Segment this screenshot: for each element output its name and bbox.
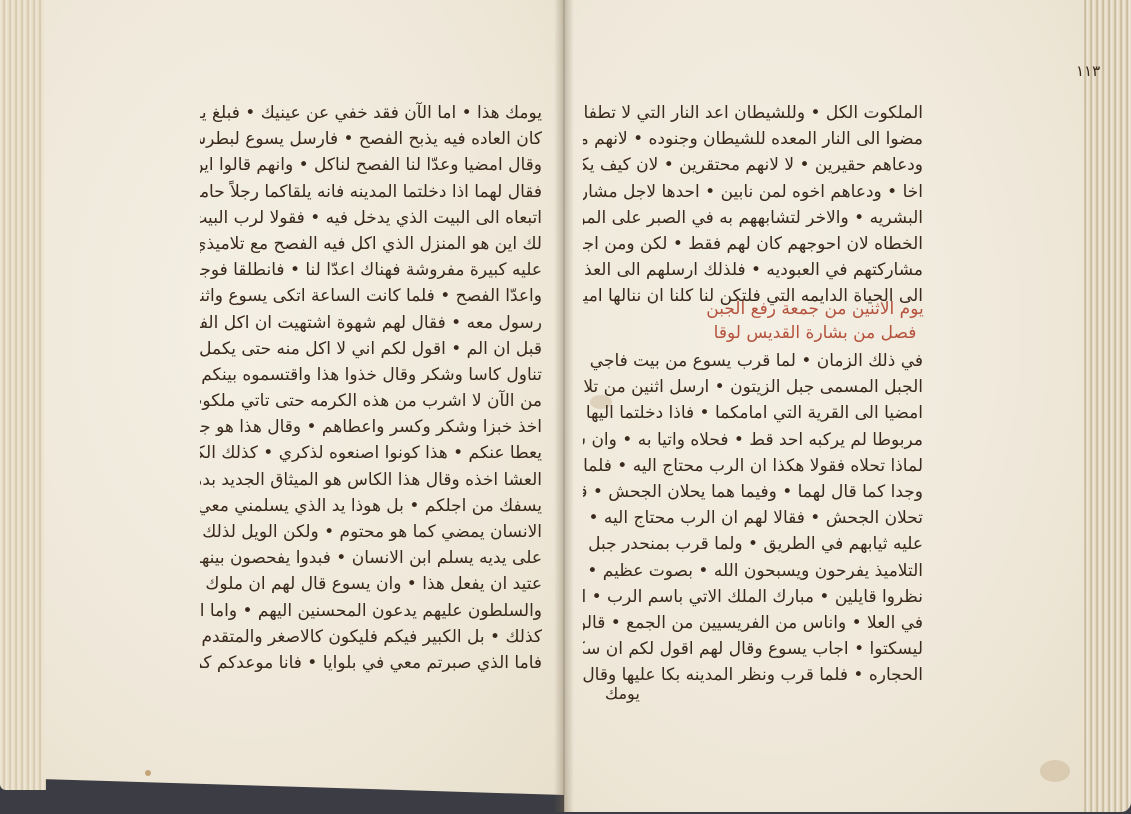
rubric-line-1: يوم الاثنين من جمعة رفع الجبن xyxy=(700,297,930,321)
manuscript-line: اخذ خبزا وشكر وكسر واعطاهم • وقال هذا هو… xyxy=(200,414,542,440)
right-page-text-top: الملكوت الكل • وللشيطان اعد النار التي ل… xyxy=(583,100,923,310)
folio-number: ١١٣ xyxy=(1076,62,1100,80)
manuscript-line: الجبل المسمى جبل الزيتون • ارسل اثنين من… xyxy=(583,374,923,400)
manuscript-line: الملكوت الكل • وللشيطان اعد النار التي ل… xyxy=(583,100,923,126)
manuscript-line: ودعاهم حقيرين • لا لانهم محتقرين • لان ك… xyxy=(583,152,923,178)
manuscript-line: اتبعاه الى البيت الذي يدخل فيه • فقولا ل… xyxy=(200,205,542,231)
manuscript-line: البشريه • والاخر لتشابههم به في الصبر عل… xyxy=(583,205,923,231)
manuscript-line: ليسكتوا • اجاب يسوع وقال لهم اقول لكم ان… xyxy=(583,636,923,662)
manuscript-line: تناول كاسا وشكر وقال خذوا هذا واقتسموه ب… xyxy=(200,362,542,388)
rubric-line-2: فصل من بشارة القديس لوقا xyxy=(700,321,930,345)
left-page-text: يومك هذا • اما الآن فقد خفي عن عينيك • ف… xyxy=(200,100,542,676)
manuscript-line: واعدّا الفصح • فلما كانت الساعة اتكى يسو… xyxy=(200,283,542,309)
manuscript-line: فقال لهما اذا دخلتما المدينه فانه يلقاكم… xyxy=(200,179,542,205)
manuscript-line: مشاركتهم في العبوديه • فلذلك ارسلهم الى … xyxy=(583,257,923,283)
right-page-edges xyxy=(1081,0,1131,812)
open-manuscript: يومك هذا • اما الآن فقد خفي عن عينيك • ف… xyxy=(0,0,1131,800)
manuscript-line: مربوطا لم يركبه احد قط • فحلاه واتيا به … xyxy=(583,427,923,453)
right-page-text-bottom: في ذلك الزمان • لما قرب يسوع من بيت فاجي… xyxy=(583,348,923,688)
left-page-edges xyxy=(0,0,46,790)
manuscript-line: عليه ثيابهم في الطريق • ولما قرب بمنحدر … xyxy=(583,531,923,557)
manuscript-line: مضوا الى النار المعده للشيطان وجنوده • ل… xyxy=(583,126,923,152)
manuscript-line: العشا اخذه وقال هذا الكاس هو الميثاق الج… xyxy=(200,467,542,493)
manuscript-line: على يديه يسلم ابن الانسان • فبدوا يفحصون… xyxy=(200,545,542,571)
manuscript-line: يسفك من اجلكم • بل هوذا يد الذي يسلمني م… xyxy=(200,493,542,519)
manuscript-line: امضيا الى القرية التي امامكما • فاذا دخل… xyxy=(583,400,923,426)
catchword: يومك xyxy=(605,684,640,703)
manuscript-line: كذلك • بل الكبير فيكم فليكون كالاصغر وال… xyxy=(200,624,542,650)
manuscript-line: في العلا • واناس من الفريسيين من الجمع •… xyxy=(583,610,923,636)
water-stain xyxy=(1040,760,1070,782)
manuscript-line: نظروا قايلين • مبارك الملك الاتي باسم ال… xyxy=(583,584,923,610)
manuscript-line: وقال امضيا وعدّا لنا الفصح لناكل • وانهم… xyxy=(200,152,542,178)
manuscript-line: يعطا عنكم • هذا كونوا اصنعوه لذكري • كذل… xyxy=(200,440,542,466)
manuscript-line: الانسان يمضي كما هو محتوم • ولكن الويل ل… xyxy=(200,519,542,545)
manuscript-line: فاما الذي صبرتم معي في بلوايا • فانا موع… xyxy=(200,650,542,676)
book-gutter xyxy=(554,0,574,812)
manuscript-line: عليه كبيرة مفروشة فهناك اعدّا لنا • فانط… xyxy=(200,257,542,283)
manuscript-line: تحلان الجحش • فقالا لهم ان الرب محتاج ال… xyxy=(583,505,923,531)
rubric-heading: يوم الاثنين من جمعة رفع الجبن فصل من بشا… xyxy=(700,297,930,345)
manuscript-line: اخا • ودعاهم اخوه لمن نابين • احدها لاجل… xyxy=(583,179,923,205)
manuscript-line: لك اين هو المنزل الذي اكل فيه الفصح مع ت… xyxy=(200,231,542,257)
manuscript-line: وجدا كما قال لهما • وفيما هما يحلان الجح… xyxy=(583,479,923,505)
manuscript-line: كان العاده فيه يذبح الفصح • فارسل يسوع ل… xyxy=(200,126,542,152)
spot xyxy=(145,770,151,776)
manuscript-line: التلاميذ يفرحون ويسبحون الله • بصوت عظيم… xyxy=(583,558,923,584)
manuscript-line: لماذا تحلاه فقولا هكذا ان الرب محتاج الي… xyxy=(583,453,923,479)
manuscript-line: من الآن لا اشرب من هذه الكرمه حتى تاتي م… xyxy=(200,388,542,414)
manuscript-line: قبل ان الم • اقول لكم اني لا اكل منه حتى… xyxy=(200,336,542,362)
manuscript-line: رسول معه • فقال لهم شهوة اشتهيت ان اكل ا… xyxy=(200,310,542,336)
manuscript-line: والسلطون عليهم يدعون المحسنين اليهم • وا… xyxy=(200,598,542,624)
manuscript-line: يومك هذا • اما الآن فقد خفي عن عينيك • ف… xyxy=(200,100,542,126)
manuscript-line: عتيد ان يفعل هذا • وان يسوع قال لهم ان م… xyxy=(200,571,542,597)
manuscript-line: الخطاه لان احوجهم كان لهم فقط • لكن ومن … xyxy=(583,231,923,257)
manuscript-line: في ذلك الزمان • لما قرب يسوع من بيت فاجي… xyxy=(583,348,923,374)
